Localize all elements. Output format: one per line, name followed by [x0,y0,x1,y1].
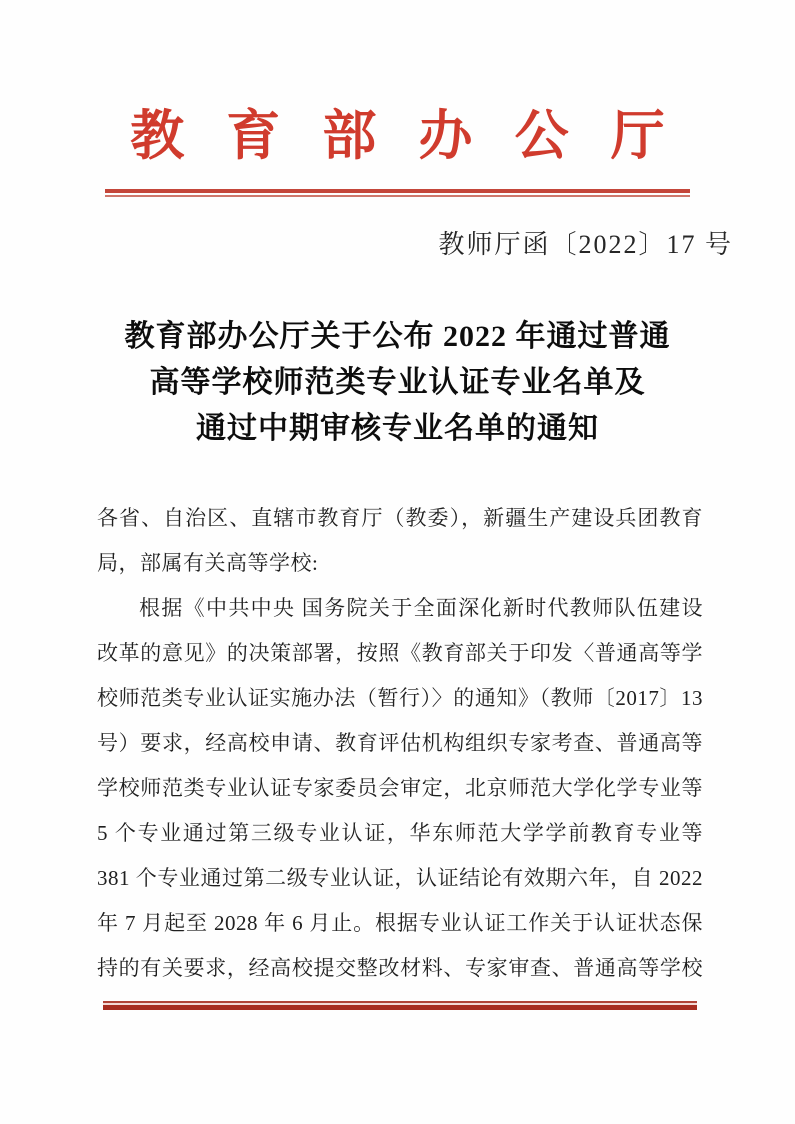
notice-body: 各省、自治区、直辖市教育厅（教委），新疆生产建设兵团教育 局，部属有关高等学校:… [97,496,703,991]
body-line: 改革的意见》的决策部署，按照《教育部关于印发〈普通高等学 [97,631,703,676]
body-line: 校师范类专业认证实施办法（暂行）〉的通知》（教师〔2017〕13 [97,676,703,721]
body-line: 5 个专业通过第三级专业认证，华东师范大学学前教育专业等 [97,811,703,856]
body-line: 持的有关要求，经高校提交整改材料、专家审查、普通高等学校 [97,946,703,991]
agency-name-text: 教育部办公厅 [130,106,707,166]
notice-title-line-1: 教育部办公厅关于公布 2022 年通过普通 [0,314,795,360]
letterhead-rule [105,189,690,197]
salutation-line: 各省、自治区、直辖市教育厅（教委），新疆生产建设兵团教育 [97,496,703,541]
footer-rule [103,1001,697,1010]
body-line: 根据《中共中央 国务院关于全面深化新时代教师队伍建设 [97,586,703,631]
agency-name: 教育部办公厅 [0,100,795,172]
letterhead-rule-thin [105,195,690,197]
document-page: 教育部办公厅 教师厅函〔2022〕17 号 教育部办公厅关于公布 2022 年通… [0,0,795,1124]
document-number: 教师厅函〔2022〕17 号 [438,224,733,261]
salutation-line: 局，部属有关高等学校: [97,541,703,586]
body-line: 381 个专业通过第二级专业认证，认证结论有效期六年，自 2022 [97,856,703,901]
notice-title-line-3: 通过中期审核专业名单的通知 [0,406,795,452]
body-line: 年 7 月起至 2028 年 6 月止。根据专业认证工作关于认证状态保 [97,901,703,946]
notice-title-line-2: 高等学校师范类专业认证专业名单及 [0,360,795,406]
footer-rule-thick [103,1005,697,1010]
body-line: 学校师范类专业认证专家委员会审定，北京师范大学化学专业等 [97,766,703,811]
body-line: 号）要求，经高校申请、教育评估机构组织专家考查、普通高等 [97,721,703,766]
notice-title: 教育部办公厅关于公布 2022 年通过普通 高等学校师范类专业认证专业名单及 通… [0,314,795,452]
